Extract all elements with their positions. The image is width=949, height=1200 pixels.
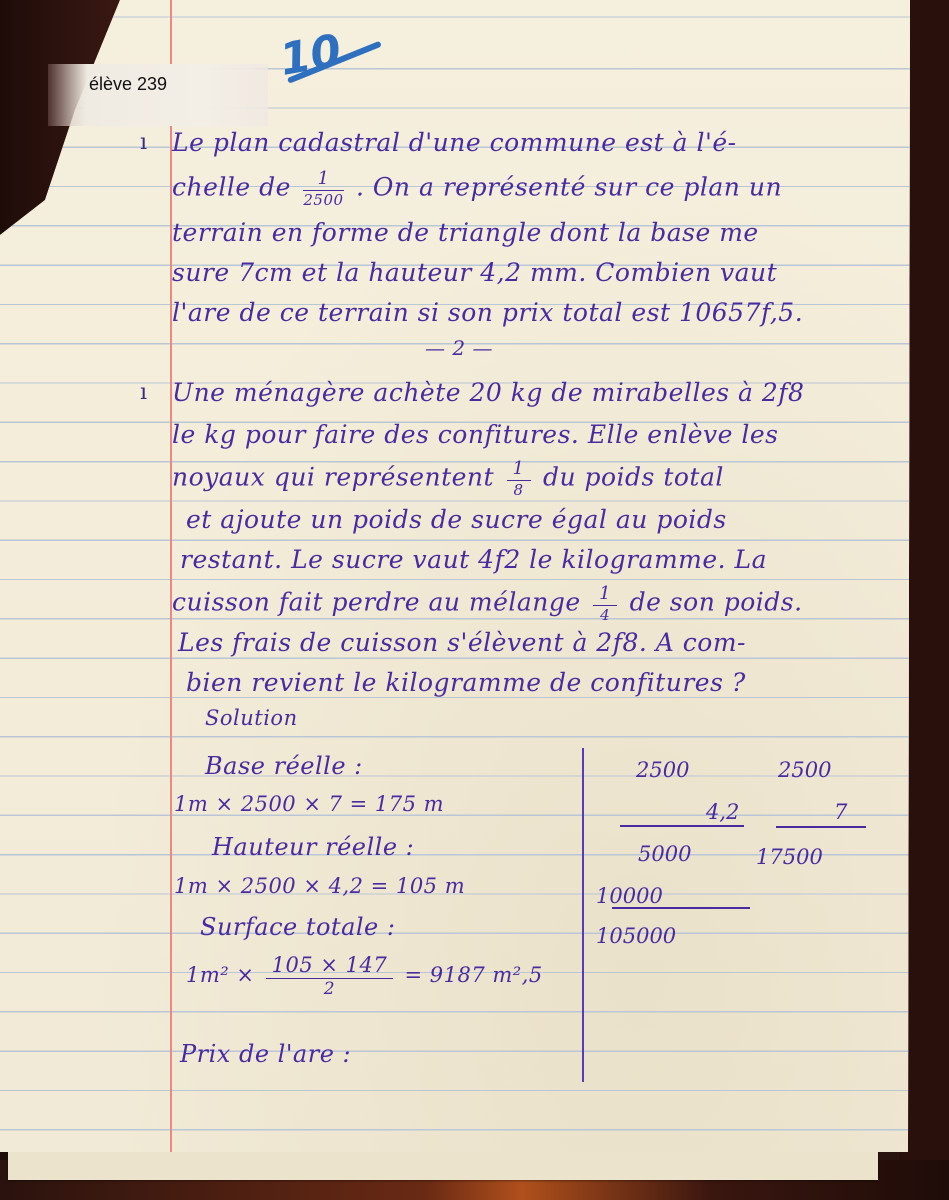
calc-col1-partial2: 10000 [596, 884, 663, 908]
calc-col1-top: 2500 [636, 758, 689, 782]
step-height-label: Hauteur réelle : [212, 833, 414, 861]
problem-2-line-3-text: noyaux qui représentent [172, 463, 494, 492]
problem-1-line-2: chelle de 1 2500 . On a représenté sur c… [172, 170, 782, 208]
student-label: élève 239 [89, 74, 167, 95]
cooking-denominator: 4 [593, 606, 617, 623]
surface-fraction: 105 × 147 2 [266, 955, 394, 998]
calc-col2-multiplier: 7 [834, 800, 847, 824]
solution-title: Solution [205, 706, 298, 730]
grade-mark: 10 [276, 25, 345, 86]
surface-denominator: 2 [266, 979, 394, 998]
step-base-label: Base réelle : [205, 752, 363, 780]
step-price-label: Prix de l'are : [180, 1040, 351, 1068]
problem-1-line-2-rest: . On a représenté sur ce plan un [356, 173, 782, 202]
cooking-numerator: 1 [593, 585, 617, 606]
calc-col1-result: 105000 [596, 924, 676, 948]
surface-numerator: 105 × 147 [266, 955, 394, 979]
surface-prefix: 1m² × [186, 963, 254, 987]
step-base-calc: 1m × 2500 × 7 = 175 m [174, 792, 444, 816]
cooking-fraction: 1 4 [593, 585, 617, 623]
scale-fraction: 1 2500 [303, 170, 343, 208]
problem-2-line-6-text: cuisson fait perdre au mélange [172, 588, 581, 617]
problem-1-bullet: ı [140, 130, 147, 155]
problem-1-line-5: l'are de ce terrain si son prix total es… [172, 298, 803, 327]
problem-2-line-3: noyaux qui représentent 1 8 du poids tot… [172, 460, 724, 498]
step-height-calc: 1m × 2500 × 4,2 = 105 m [174, 874, 465, 898]
problem-2-bullet: ı [140, 380, 147, 405]
step-surface-calc: 1m² × 105 × 147 2 = 9187 m²,5 [186, 955, 543, 998]
calc-col2-rule [776, 826, 866, 828]
problem-1-line-2-text: chelle de [172, 173, 291, 202]
problem-2-line-8: bien revient le kilogramme de confitures… [186, 668, 746, 697]
surface-result: = 9187 m²,5 [404, 963, 542, 987]
problem-1-line-4: sure 7cm et la hauteur 4,2 mm. Combien v… [172, 258, 777, 287]
problem-2-line-1: Une ménagère achète 20 kg de mirabelles … [172, 378, 804, 407]
calc-col2-top: 2500 [778, 758, 831, 782]
pits-fraction: 1 8 [507, 460, 531, 498]
step-surface-label: Surface totale : [200, 913, 395, 941]
problem-2-line-6: cuisson fait perdre au mélange 1 4 de so… [172, 585, 803, 623]
calc-col1-rule [620, 825, 744, 827]
problem-1-line-1: Le plan cadastral d'une commune est à l'… [172, 128, 737, 157]
problem-1-line-3: terrain en forme de triangle dont la bas… [172, 218, 759, 247]
problem-2-line-3-rest: du poids total [543, 463, 724, 492]
problem-2-line-5: restant. Le sucre vaut 4f2 le kilogramme… [180, 545, 767, 574]
scale-denominator: 2500 [303, 191, 343, 208]
calc-col1-multiplier: 4,2 [706, 800, 739, 824]
pits-denominator: 8 [507, 481, 531, 498]
problem-2-line-2: le kg pour faire des confitures. Elle en… [172, 420, 778, 449]
page-separator: — 2 — [425, 336, 493, 360]
scale-numerator: 1 [303, 170, 343, 191]
calculation-divider [582, 748, 584, 1082]
under-sheet [8, 1150, 878, 1180]
calc-col1-partial1: 5000 [638, 842, 691, 866]
calc-col1-sum-rule [612, 907, 750, 909]
problem-2-line-4: et ajoute un poids de sucre égal au poid… [186, 505, 727, 534]
problem-2-line-7: Les frais de cuisson s'élèvent à 2f8. A … [178, 628, 746, 657]
pits-numerator: 1 [507, 460, 531, 481]
problem-2-line-6-rest: de son poids. [630, 588, 803, 617]
calc-col2-result: 17500 [756, 845, 823, 869]
